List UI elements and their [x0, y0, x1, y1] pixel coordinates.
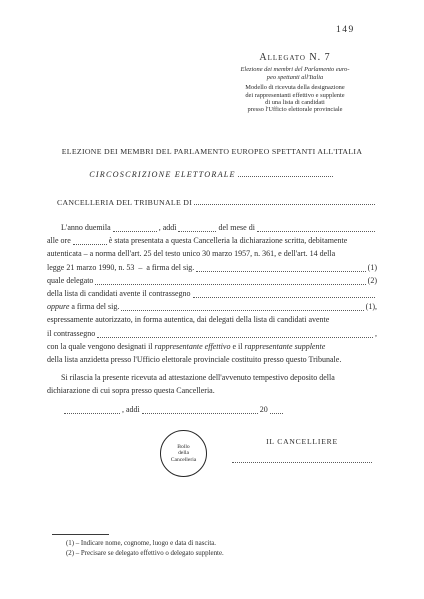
dotted-blank: [257, 225, 375, 232]
signature-block: IL CANCELLIERE: [232, 437, 372, 463]
footnote-ref: (1),: [366, 300, 377, 313]
footnotes: (1) – Indicare nome, cognome, luogo e da…: [52, 534, 362, 558]
body-text-segment: è stata presentata a questa Cancelleria …: [109, 234, 348, 247]
body-line: L'anno duemila , addì del mese di: [47, 221, 377, 234]
body-text-segment: e il: [230, 342, 244, 351]
dateline-year: 20: [260, 403, 268, 416]
circoscrizione-label: CIRCOSCRIZIONE ELETTORALE: [89, 170, 236, 179]
body-line: della lista di candidati avente il contr…: [47, 287, 377, 300]
cancelleria-row: CANCELLERIA DEL TRIBUNALE DI: [47, 198, 377, 207]
dotted-blank: [95, 278, 365, 285]
body-text: L'anno duemila , addì del mese di alle o…: [47, 221, 377, 398]
annex-subtitle: Elezione dei membri del Parlamento euro-…: [228, 66, 362, 81]
body-line: della lista anzidetta presso l'Ufficio e…: [47, 353, 377, 366]
body-text-segment: L'anno duemila: [61, 221, 111, 234]
circoscrizione-row: CIRCOSCRIZIONE ELETTORALE: [47, 170, 377, 179]
annex-description: Modello di ricevuta della designazione d…: [228, 84, 362, 114]
body-text-segment: quale delegato: [47, 274, 93, 287]
body-line: autenticata – a norma dell'art. 25 del t…: [47, 247, 377, 260]
stamp-line3: Cancelleria: [161, 457, 206, 463]
annex-header: Allegato N. 7 Elezione dei membri del Pa…: [228, 52, 362, 114]
body-text-segment-italic: rappresentante effettivo: [155, 342, 231, 351]
body-line: dichiarazione di cui sopra presso questa…: [47, 384, 377, 397]
body-line: quale delegato (2): [47, 274, 377, 287]
annex-subtitle-line2: peo spettanti all'Italia: [228, 74, 362, 82]
cancelleria-label: CANCELLERIA DEL TRIBUNALE DI: [57, 198, 192, 207]
dotted-blank: [193, 291, 375, 298]
footnote-ref: (1): [368, 261, 377, 274]
body-text-segment: con la quale vengono designati il: [47, 342, 155, 351]
body-line: oppure a firma del sig. (1),: [47, 300, 377, 313]
body-line: espressamente autorizzato, in forma aute…: [47, 313, 377, 326]
dotted-blank: [73, 238, 107, 245]
body-text-segment-italic: rappresentante supplente: [244, 342, 325, 351]
document-page: 149 Allegato N. 7 Elezione dei membri de…: [0, 0, 424, 599]
dotted-blank: [270, 407, 283, 414]
dotted-blank: [178, 225, 216, 232]
dotted-blank: [97, 331, 373, 338]
page-number: 149: [336, 25, 355, 35]
body-line: con la quale vengono designati il rappre…: [47, 340, 377, 353]
body-text-segment: del mese di: [218, 221, 254, 234]
footnote-divider: [52, 534, 109, 535]
body-line: il contrassegno ,: [47, 327, 377, 340]
body-line: alle ore è stata presentata a questa Can…: [47, 234, 377, 247]
dotted-blank: [142, 407, 258, 414]
body-text-segment: a firma del sig.: [69, 300, 119, 313]
footnote-1: (1) – Indicare nome, cognome, luogo e da…: [52, 539, 362, 549]
footnote-2: (2) – Precisare se delegato effettivo o …: [52, 549, 362, 559]
body-text-segment: ,: [375, 327, 377, 340]
dotted-blank: [196, 265, 365, 272]
dotted-blank: [64, 407, 120, 414]
dateline-addi: , addì: [122, 403, 140, 416]
dotted-blank: [238, 170, 333, 177]
annex-desc-line2: dei rappresentanti effettivo e supplente: [228, 92, 362, 99]
body-line: legge 21 marzo 1990, n. 53 – a firma del…: [47, 261, 377, 274]
dotted-blank: [113, 225, 157, 232]
body-line: Si rilascia la presente ricevuta ad atte…: [47, 371, 377, 384]
dotted-blank: [194, 198, 375, 205]
chancellery-stamp-circle: Bollo della Cancelleria: [160, 430, 207, 477]
footnote-ref: (2): [368, 274, 377, 287]
annex-subtitle-line1: Elezione dei membri del Parlamento euro-: [228, 66, 362, 74]
date-line: , addì 20: [62, 403, 285, 416]
body-text-segment-italic: oppure: [47, 300, 69, 313]
body-text-segment: alle ore: [47, 234, 71, 247]
annex-desc-line4: presso l'Ufficio elettorale provinciale: [228, 106, 362, 113]
annex-desc-line1: Modello di ricevuta della designazione: [228, 84, 362, 91]
dotted-blank: [121, 304, 363, 311]
signature-dotted-line: [232, 461, 372, 463]
body-text-segment: , addì: [159, 221, 177, 234]
body-text-segment: legge 21 marzo 1990, n. 53 – a firma del…: [47, 261, 194, 274]
body-text-segment: della lista di candidati avente il contr…: [47, 287, 191, 300]
annex-title: Allegato N. 7: [228, 52, 362, 63]
main-title: ELEZIONE DEI MEMBRI DEL PARLAMENTO EUROP…: [40, 147, 384, 156]
chancellor-label: IL CANCELLIERE: [232, 437, 372, 446]
body-text-segment: il contrassegno: [47, 327, 95, 340]
annex-desc-line3: di una lista di candidati: [228, 99, 362, 106]
